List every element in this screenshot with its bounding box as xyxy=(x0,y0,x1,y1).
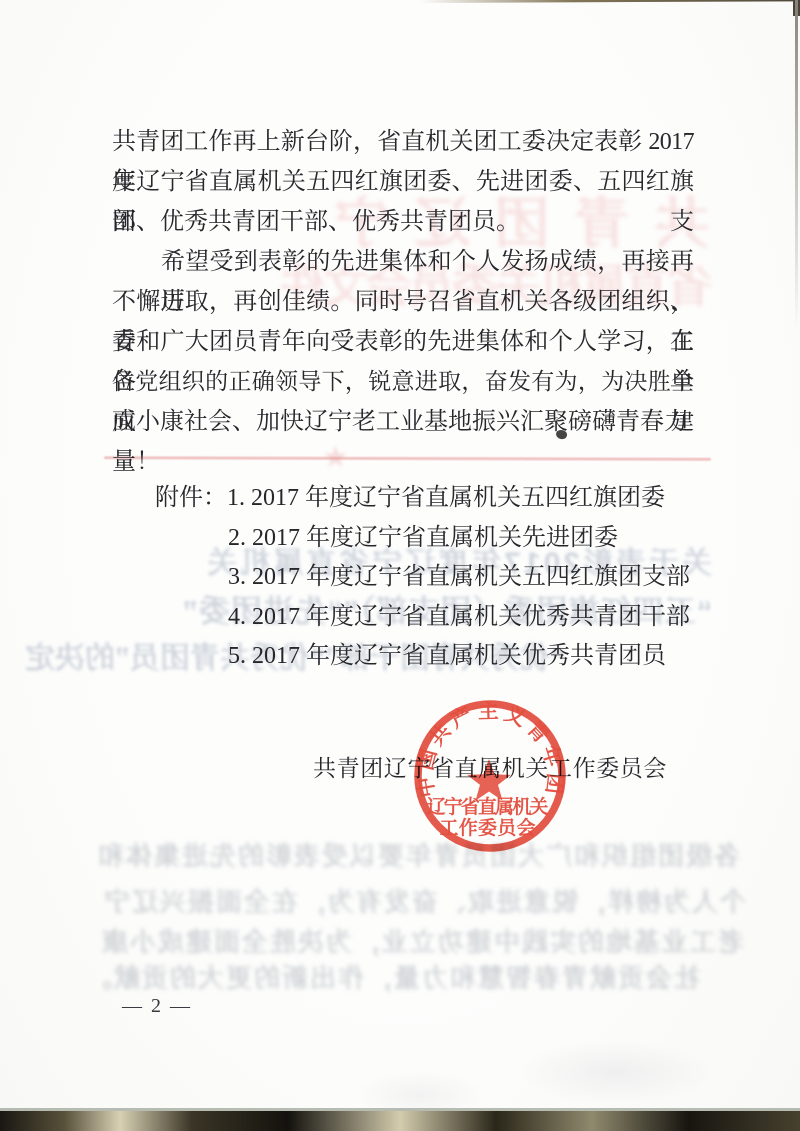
body-line: 委和广大团员青年向受表彰的先进集体和个人学习，在各单 xyxy=(112,322,694,362)
official-seal: 中国共产主义青年团 辽宁省直属机关 工作委员会 xyxy=(406,692,574,860)
document-body: 共青团工作再上新台阶，省直机关团工委决定表彰 2017 年 度辽宁省直属机关五四… xyxy=(112,122,694,442)
scanned-document-page: 共青团辽宁 省直属机关委员会文件 ★ 关于表彰2017年度辽宁省直属机关 “五四… xyxy=(0,0,800,1131)
attachment-item: 4. 2017 年度辽宁省直属机关优秀共青团干部 xyxy=(155,598,725,638)
attachment-item: 5. 2017 年度辽宁省直属机关优秀共青团员 xyxy=(155,637,725,677)
body-line: 希望受到表彰的先进集体和个人发扬成绩，再接再厉， xyxy=(112,242,694,282)
bleed-through-star-icon: ★ xyxy=(322,440,349,475)
bleed-through-body-row2: 个人为榜样，锐意进取、奋发有为，在全面振兴辽宁 xyxy=(62,882,746,919)
attachment-label: 附件： xyxy=(155,485,227,511)
seal-org-line1: 辽宁省直属机关 xyxy=(427,795,549,818)
seal-star-icon xyxy=(467,759,511,801)
scan-edge-bottom-artifact xyxy=(0,1111,800,1131)
scan-edge-right-artifact xyxy=(795,0,798,330)
attachment-item: 附件：1. 2017 年度辽宁省直属机关五四红旗团委 xyxy=(155,479,725,519)
body-line: 成小康社会、加快辽宁老工业基地振兴汇聚磅礴青春力量！ xyxy=(112,402,694,442)
body-line: 共青团工作再上新台阶，省直机关团工委决定表彰 2017 年 xyxy=(112,122,694,162)
bleed-through-divider-line xyxy=(104,456,711,460)
scan-edge-top-artifact xyxy=(420,0,800,3)
body-line: 不懈进取，再创佳绩。同时号召省直机关各级团组织、青工 xyxy=(112,282,694,322)
page-number: — 2 — xyxy=(122,995,192,1018)
body-line: 度辽宁省直属机关五四红旗团委、先进团委、五四红旗团支 xyxy=(112,162,694,202)
attachment-item: 3. 2017 年度辽宁省直属机关五四红旗团支部 xyxy=(155,558,725,598)
seal-org-line2: 工作委员会 xyxy=(440,816,536,839)
bleed-through-body-row4: 社会贡献青春智慧和力量，作出新的更大的贡献。 xyxy=(60,958,700,995)
bleed-through-body-row3: 老工业基地的实践中建功立业，为决胜全面建成小康 xyxy=(60,922,744,959)
attachment-section: 附件：1. 2017 年度辽宁省直属机关五四红旗团委 2. 2017 年度辽宁省… xyxy=(155,479,725,677)
body-line: 位党组织的正确领导下，锐意进取，奋发有为，为决胜全面建 xyxy=(112,362,694,402)
attachment-item-text: 1. 2017 年度辽宁省直属机关五四红旗团委 xyxy=(227,485,665,511)
attachment-item: 2. 2017 年度辽宁省直属机关先进团委 xyxy=(155,519,725,559)
